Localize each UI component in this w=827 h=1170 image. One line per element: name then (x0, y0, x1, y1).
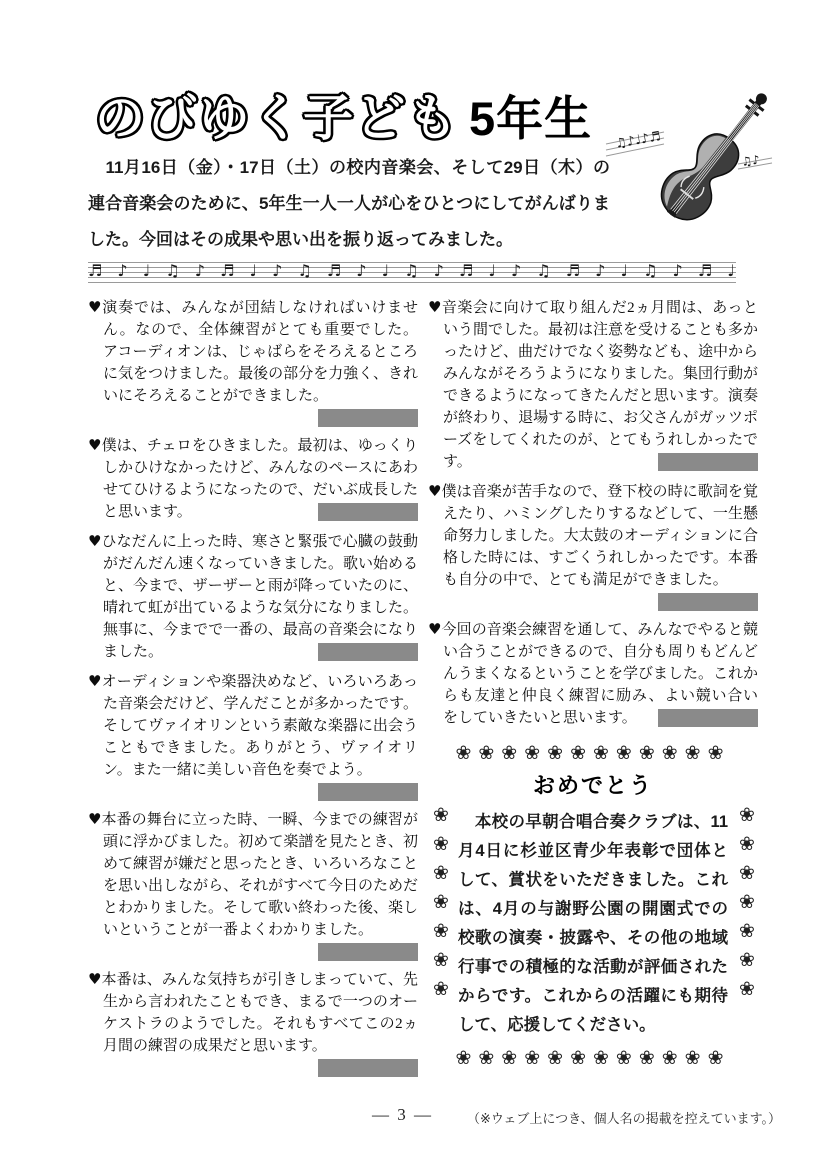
flower-border-right: ❀❀❀❀❀❀❀ (734, 765, 758, 1046)
flower-border-bottom: ❀❀❀❀❀❀❀❀❀❀❀❀ (428, 1046, 758, 1070)
redacted-name-box (318, 503, 418, 521)
music-notes-pattern: ♬ ♪ ♩ ♫ ♪ ♬ ♩ ♪ ♫ ♬ ♪ ♩ ♫ ♪ ♬ ♩ ♪ ♫ ♬ ♪ … (88, 261, 736, 280)
testimonial-text: ♥今回の音楽会練習を通して、みんなでやると競い合うことができるので、自分も周りも… (428, 618, 758, 729)
testimonial-text: ♥本番は、みんな気持ちが引きしまっていて、先生から言われたこともでき、まるで一つ… (88, 968, 418, 1077)
congratulations-content: おめでとう 本校の早朝合唱合奏クラブは、11月4日に杉並区青少年表彰で団体として… (452, 765, 734, 1046)
congratulations-title: おめでとう (458, 769, 728, 800)
testimonial-columns: ♥演奏では、みんなが団結しなければいけません。なので、全体練習がとても重要でした… (88, 296, 758, 1084)
testimonial-text: ♥演奏では、みんなが団結しなければいけません。なので、全体練習がとても重要でした… (88, 296, 418, 427)
music-staff-divider: ♬ ♪ ♩ ♫ ♪ ♬ ♩ ♪ ♫ ♬ ♪ ♩ ♫ ♪ ♬ ♩ ♪ ♫ ♬ ♪ … (88, 258, 736, 284)
testimonial-entry: ♥本番は、みんな気持ちが引きしまっていて、先生から言われたこともでき、まるで一つ… (88, 968, 418, 1077)
newsletter-page: のびゆく子ども 5年生 ♫♪♩♪♬ ♫♪ 11月16日 (0, 0, 827, 1170)
testimonial-text: ♥オーディションや楽器決めなど、いろいろあった音楽会だけど、学んだことが多かった… (88, 670, 418, 801)
redacted-name-box (318, 409, 418, 427)
testimonial-entry: ♥僕は、チェロをひきました。最初は、ゆっくりしかひけなかったけど、みんなのペース… (88, 434, 418, 523)
heart-bullet-icon: ♥ (88, 970, 102, 988)
redacted-name-box (318, 783, 418, 801)
svg-text:♫♪: ♫♪ (740, 153, 760, 169)
heart-bullet-icon: ♥ (88, 672, 102, 690)
testimonial-entry: ♥オーディションや楽器決めなど、いろいろあった音楽会だけど、学んだことが多かった… (88, 670, 418, 801)
testimonial-entry: ♥本番の舞台に立った時、一瞬、今までの練習が頭に浮かびました。初めて楽譜を見たと… (88, 808, 418, 961)
redacted-name-box (658, 453, 758, 471)
heart-bullet-icon: ♥ (88, 298, 102, 316)
congratulations-body: 本校の早朝合唱合奏クラブは、11月4日に杉並区青少年表彰で団体として、賞状をいた… (458, 808, 728, 1040)
testimonial-text: ♥僕は、チェロをひきました。最初は、ゆっくりしかひけなかったけど、みんなのペース… (88, 434, 418, 523)
flower-border-top: ❀❀❀❀❀❀❀❀❀❀❀❀ (428, 741, 758, 765)
testimonial-entry: ♥僕は音楽が苦手なので、登下校の時に歌詞を覚えたり、ハミングしたりするなどして、… (428, 480, 758, 611)
flower-border-left: ❀❀❀❀❀❀❀ (428, 765, 452, 1046)
redacted-name-box (318, 643, 418, 661)
redacted-name-box (318, 943, 418, 961)
heart-bullet-icon: ♥ (428, 298, 442, 316)
redacted-name-box (318, 1059, 418, 1077)
testimonial-text: ♥ひなだんに上った時、寒さと緊張で心臓の鼓動がだんだん速くなっていきました。歌い… (88, 530, 418, 663)
heart-bullet-icon: ♥ (88, 436, 102, 454)
svg-text:♫♪♩♪♬: ♫♪♩♪♬ (614, 129, 662, 152)
privacy-note: （※ウェブ上につき、個人名の掲載を控えています。） (467, 1108, 781, 1127)
heart-bullet-icon: ♥ (88, 532, 102, 550)
redacted-name-box (658, 593, 758, 611)
congratulations-box: ❀❀❀❀❀❀❀❀❀❀❀❀ ❀❀❀❀❀❀❀ おめでとう 本校の早朝合唱合奏クラブは… (428, 741, 758, 1070)
intro-paragraph: 11月16日（金）・17日（土）の校内音楽会、そして29日（木）の連合音楽会のた… (88, 150, 610, 258)
page-title-grade: 5年生 (469, 82, 592, 149)
testimonial-entry: ♥ひなだんに上った時、寒さと緊張で心臓の鼓動がだんだん速くなっていきました。歌い… (88, 530, 418, 663)
testimonial-text: ♥本番の舞台に立った時、一瞬、今までの練習が頭に浮かびました。初めて楽譜を見たと… (88, 808, 418, 961)
page-title: のびゆく子ども 5年生 (95, 78, 592, 150)
violin-illustration: ♫♪♩♪♬ ♫♪ (598, 92, 793, 247)
testimonial-text: ♥音楽会に向けて取り組んだ2ヵ月間は、あっという間でした。最初は注意を受けること… (428, 296, 758, 473)
heart-bullet-icon: ♥ (428, 482, 442, 500)
redacted-name-box (658, 709, 758, 727)
page-title-outline: のびゆく子ども (95, 78, 459, 150)
page-number: — 3 — (372, 1105, 433, 1125)
testimonial-text: ♥僕は音楽が苦手なので、登下校の時に歌詞を覚えたり、ハミングしたりするなどして、… (428, 480, 758, 611)
testimonial-entry: ♥今回の音楽会練習を通して、みんなでやると競い合うことができるので、自分も周りも… (428, 618, 758, 729)
testimonial-entry: ♥演奏では、みんなが団結しなければいけません。なので、全体練習がとても重要でした… (88, 296, 418, 427)
heart-bullet-icon: ♥ (88, 810, 102, 828)
right-column: ♥音楽会に向けて取り組んだ2ヵ月間は、あっという間でした。最初は注意を受けること… (428, 296, 758, 1084)
left-column: ♥演奏では、みんなが団結しなければいけません。なので、全体練習がとても重要でした… (88, 296, 418, 1084)
testimonial-entry: ♥音楽会に向けて取り組んだ2ヵ月間は、あっという間でした。最初は注意を受けること… (428, 296, 758, 473)
right-column-entries: ♥音楽会に向けて取り組んだ2ヵ月間は、あっという間でした。最初は注意を受けること… (428, 296, 758, 729)
heart-bullet-icon: ♥ (428, 620, 442, 638)
